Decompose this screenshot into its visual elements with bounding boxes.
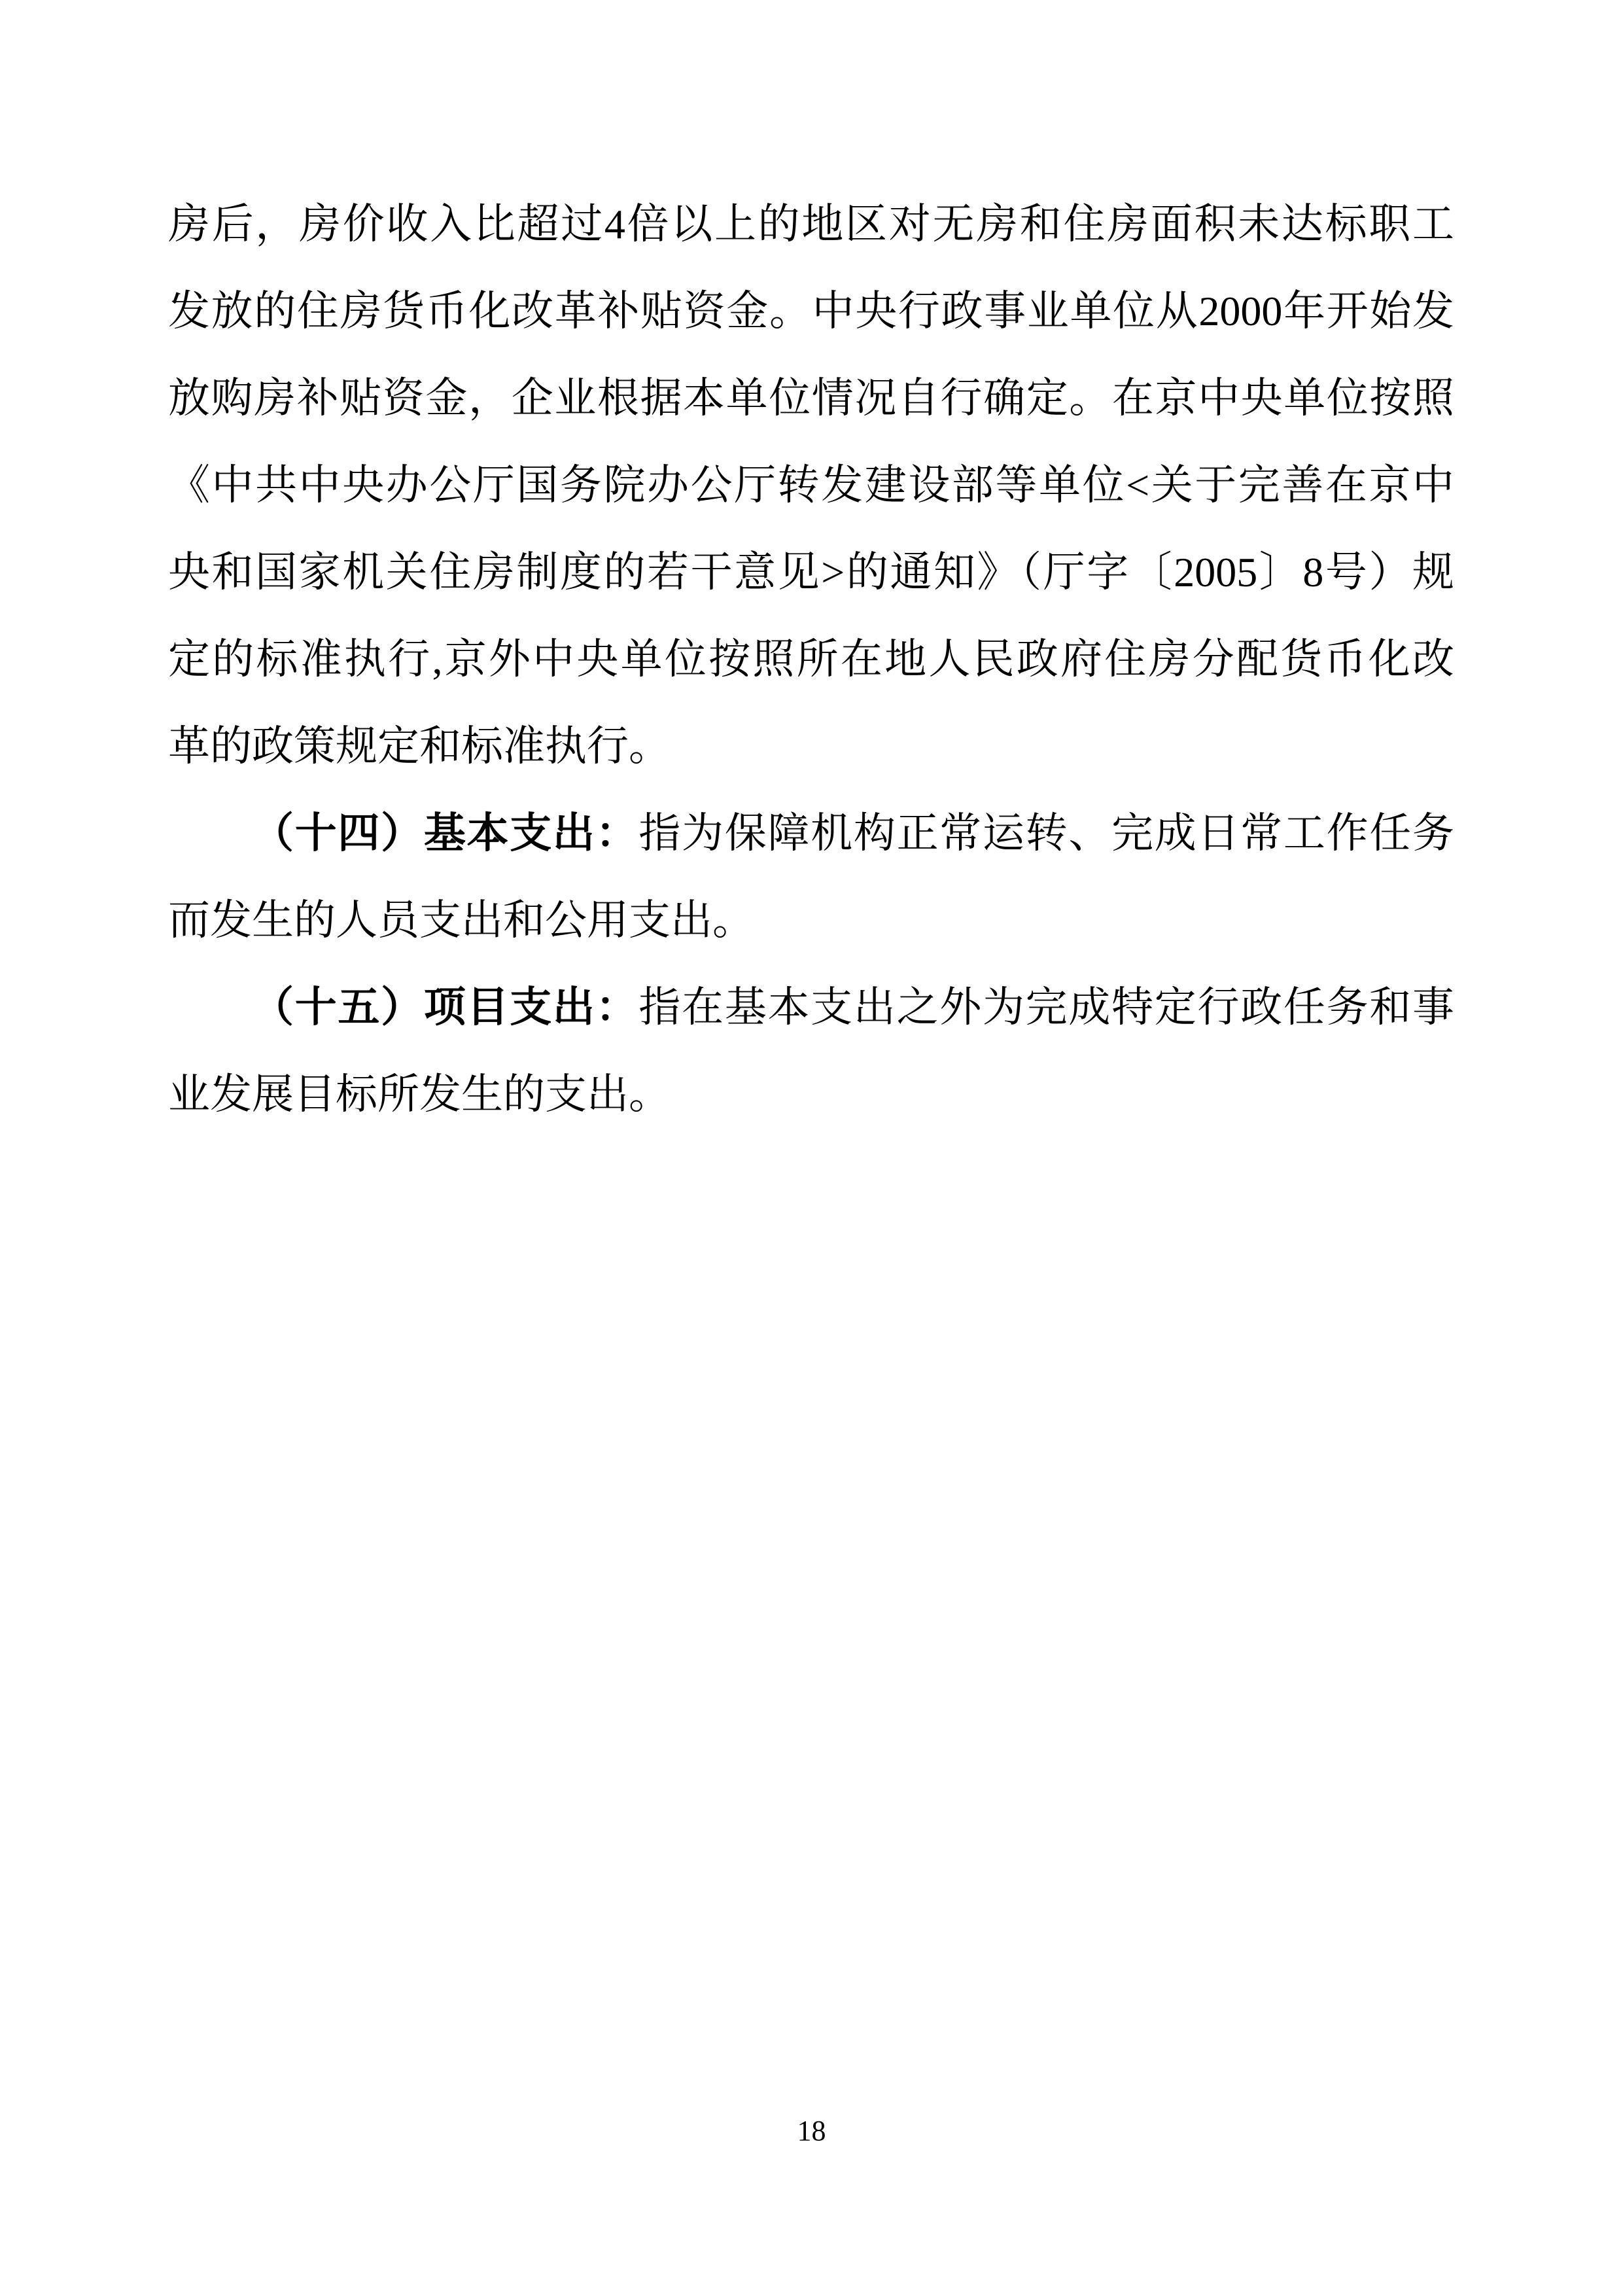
bold-heading-run: （十五）项目支出： (252, 984, 638, 1031)
text-line: （十四）基本支出：指为保障机构正常运转、完成日常工作任务 (168, 790, 1454, 877)
text-run: 放购房补贴资金，企业根据本单位情况自行确定。在京中央单位按照 (168, 375, 1454, 421)
text-line: 放购房补贴资金，企业根据本单位情况自行确定。在京中央单位按照 (168, 355, 1454, 442)
text-line: 《中共中央办公厅国务院办公厅转发建设部等单位<关于完善在京中 (168, 442, 1454, 529)
text-line: 革的政策规定和标准执行。 (168, 703, 1454, 790)
item-15-project-expenditure-paragraph: （十五）项目支出：指在基本支出之外为完成特定行政任务和事业发展目标所发生的支出。 (168, 964, 1454, 1138)
text-run: 业发展目标所发生的支出。 (168, 1071, 671, 1118)
housing-subsidy-paragraph: 房后，房价收入比超过4倍以上的地区对无房和住房面积未达标职工发放的住房货币化改革… (168, 181, 1454, 790)
text-run: 而发生的人员支出和公用支出。 (168, 897, 754, 944)
text-line: 央和国家机关住房制度的若干意见>的通知》（厅字〔2005〕8号）规 (168, 529, 1454, 616)
text-run: 指在基本支出之外为完成特定行政任务和事 (638, 984, 1454, 1031)
page-number: 18 (0, 2115, 1623, 2147)
document-body: 房后，房价收入比超过4倍以上的地区对无房和住房面积未达标职工发放的住房货币化改革… (168, 181, 1454, 1138)
document-page: 房后，房价收入比超过4倍以上的地区对无房和住房面积未达标职工发放的住房货币化改革… (0, 0, 1623, 2296)
text-run: 《中共中央办公厅国务院办公厅转发建设部等单位<关于完善在京中 (168, 462, 1454, 508)
text-line: 发放的住房货币化改革补贴资金。中央行政事业单位从2000年开始发 (168, 268, 1454, 355)
text-run: 发放的住房货币化改革补贴资金。中央行政事业单位从2000年开始发 (168, 288, 1454, 334)
text-run: 定的标准执行,京外中央单位按照所在地人民政府住房分配货币化改 (168, 636, 1454, 682)
text-run: 革的政策规定和标准执行。 (168, 723, 671, 769)
text-run: 央和国家机关住房制度的若干意见>的通知》（厅字〔2005〕8号）规 (168, 549, 1454, 595)
item-14-basic-expenditure-paragraph: （十四）基本支出：指为保障机构正常运转、完成日常工作任务而发生的人员支出和公用支… (168, 790, 1454, 964)
text-line: 业发展目标所发生的支出。 (168, 1051, 1454, 1138)
bold-heading-run: （十四）基本支出： (252, 810, 638, 857)
text-line: （十五）项目支出：指在基本支出之外为完成特定行政任务和事 (168, 964, 1454, 1051)
text-line: 定的标准执行,京外中央单位按照所在地人民政府住房分配货币化改 (168, 616, 1454, 703)
text-line: 而发生的人员支出和公用支出。 (168, 877, 1454, 964)
text-run: 房后，房价收入比超过4倍以上的地区对无房和住房面积未达标职工 (168, 201, 1454, 247)
text-line: 房后，房价收入比超过4倍以上的地区对无房和住房面积未达标职工 (168, 181, 1454, 268)
text-run: 指为保障机构正常运转、完成日常工作任务 (638, 810, 1454, 857)
